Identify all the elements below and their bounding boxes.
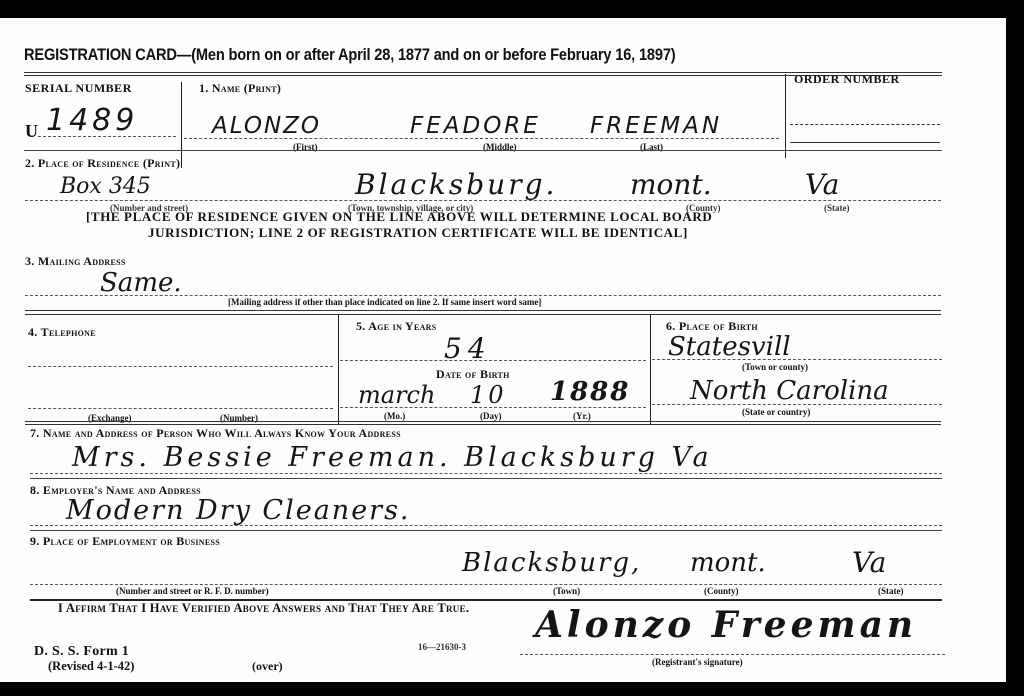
day-caption: (Day) xyxy=(480,411,502,421)
name-first[interactable]: ALONZO xyxy=(212,113,321,139)
employment-town[interactable]: Blacksburg, xyxy=(462,548,641,578)
birthplace-divider xyxy=(650,314,651,424)
telephone-divider xyxy=(338,314,339,424)
name-middle[interactable]: FEADORE xyxy=(410,113,541,139)
birthplace-state-line xyxy=(652,404,942,405)
name-bottom-rule xyxy=(24,150,942,151)
mailing-address-label: 3. Mailing Address xyxy=(25,254,126,269)
employment-town-caption: (Town) xyxy=(553,586,580,596)
dob-year[interactable]: 1888 xyxy=(550,377,630,407)
employment-state[interactable]: Va xyxy=(852,546,886,579)
employment-dotted-line xyxy=(30,584,942,585)
order-rule xyxy=(790,142,940,143)
serial-number-label: SERIAL NUMBER xyxy=(25,81,132,96)
telephone-label: 4. Telephone xyxy=(28,325,96,340)
town-or-county-caption: (Town or county) xyxy=(742,362,808,372)
dob-dotted-line xyxy=(340,407,646,408)
employment-place-label: 9. Place of Employment or Business xyxy=(30,534,220,549)
order-number-label: ORDER NUMBER xyxy=(794,72,900,87)
birthplace-town-line xyxy=(652,359,942,360)
order-divider xyxy=(785,74,786,158)
residence-street[interactable]: Box 345 xyxy=(60,174,151,199)
dob-label: Date of Birth xyxy=(436,367,510,382)
signature-caption: (Registrant's signature) xyxy=(652,657,743,667)
affirmation-text: I Affirm That I Have Verified Above Answ… xyxy=(58,601,469,616)
form-name: D. S. S. Form 1 xyxy=(34,644,129,660)
form-revised: (Revised 4-1-42) xyxy=(48,659,134,674)
contact-bottom-rule xyxy=(30,478,942,479)
month-caption: (Mo.) xyxy=(384,411,405,421)
card-title: REGISTRATION CARD—(Men born on or after … xyxy=(24,45,675,65)
mailing-dotted-line xyxy=(25,295,941,296)
mailing-address-value[interactable]: Same. xyxy=(100,268,182,298)
state-or-country-caption: (State or country) xyxy=(742,407,810,417)
residence-dotted-line xyxy=(25,200,941,201)
age-label: 5. Age in Years xyxy=(356,319,437,334)
order-number-field[interactable] xyxy=(790,124,940,125)
employer-value[interactable]: Modern Dry Cleaners. xyxy=(66,495,411,526)
birthplace-state[interactable]: North Carolina xyxy=(690,376,889,406)
over-note: (over) xyxy=(252,659,283,674)
birthplace-town[interactable]: Statesvill xyxy=(668,332,791,362)
signature-line xyxy=(520,654,945,655)
serial-number-value[interactable]: 1489 xyxy=(46,103,138,138)
serial-divider xyxy=(181,82,182,168)
name-label: 1. Name (Print) xyxy=(199,81,281,96)
mailing-caption: [Mailing address if other than place ind… xyxy=(228,297,541,307)
employer-bottom-rule xyxy=(30,530,942,531)
registrant-signature[interactable]: Alonzo Freeman xyxy=(535,604,917,646)
contact-label: 7. Name and Address of Person Who Will A… xyxy=(30,426,401,441)
serial-dotted-line xyxy=(38,136,176,137)
name-dotted-line xyxy=(184,138,779,139)
telephone-line-2[interactable] xyxy=(28,408,333,409)
contact-dotted-line xyxy=(30,473,942,474)
residence-town[interactable]: Blacksburg. xyxy=(355,168,557,201)
registration-card: REGISTRATION CARD—(Men born on or after … xyxy=(0,18,1006,682)
dob-month[interactable]: march xyxy=(358,381,435,409)
contact-value[interactable]: Mrs. Bessie Freeman. Blacksburg Va xyxy=(72,442,713,473)
name-last[interactable]: FREEMAN xyxy=(590,113,722,139)
year-caption: (Yr.) xyxy=(573,411,591,421)
residence-notice-line1: [THE PLACE OF RESIDENCE GIVEN ON THE LIN… xyxy=(86,209,712,225)
residence-label: 2. Place of Residence (Print) xyxy=(25,156,180,171)
employment-state-caption: (State) xyxy=(878,586,904,596)
residence-state[interactable]: Va xyxy=(805,168,839,201)
residence-notice-line2: JURISDICTION; LINE 2 OF REGISTRATION CER… xyxy=(148,225,688,241)
rfd-caption: (Number and street or R. F. D. number) xyxy=(116,586,269,596)
telephone-line-1[interactable] xyxy=(28,366,333,367)
dob-day[interactable]: 10 xyxy=(470,381,507,409)
serial-prefix: U xyxy=(25,121,38,142)
row4-bottom-rule xyxy=(25,421,941,425)
residence-county[interactable]: mont. xyxy=(630,168,712,201)
state-caption: (State) xyxy=(824,203,850,213)
print-code: 16—21630-3 xyxy=(418,642,466,652)
employment-county-caption: (County) xyxy=(704,586,739,596)
employer-dotted-line xyxy=(30,525,942,526)
age-dotted-line xyxy=(340,360,646,361)
mailing-bottom-rule xyxy=(25,310,941,315)
employment-county[interactable]: mont. xyxy=(690,548,766,578)
